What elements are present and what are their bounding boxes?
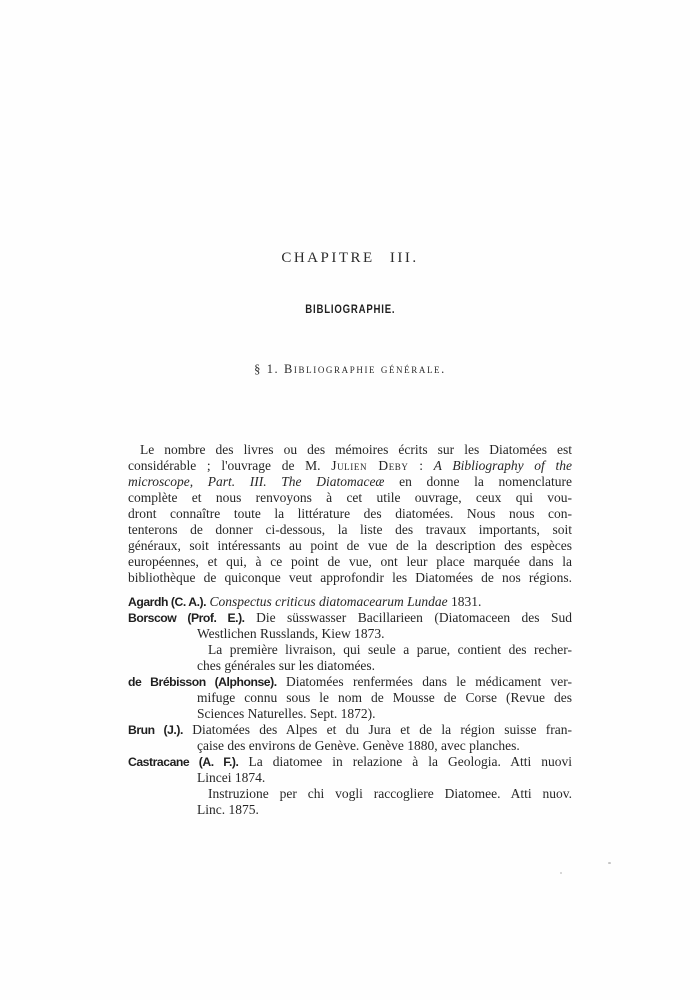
text-segment: considérable ; l'ouvrage de M. xyxy=(128,458,331,473)
text-segment: Castracane (A. F.). xyxy=(128,755,238,769)
text-segment: complète et nous renvoyons à cet utile o… xyxy=(128,490,572,505)
text-line: La première livraison, qui seule a parue… xyxy=(128,642,572,658)
text-line: ches générales sur les diatomées. xyxy=(128,658,572,674)
text-line: Lincei 1874. xyxy=(128,770,572,786)
text-segment: çaise des environs de Genève. Genève 188… xyxy=(197,738,520,753)
text-segment: Sciences Naturelles. Sept. 1872). xyxy=(197,706,375,721)
book-page: CHAPITRE III. BIBLIOGRAPHIE. § 1. Biblio… xyxy=(0,0,700,1000)
text-line: Brun (J.). Diatomées des Alpes et du Jur… xyxy=(128,722,572,738)
text-segment: en donne la nomenclature xyxy=(384,474,572,489)
text-segment: Brun (J.). xyxy=(128,723,183,737)
text-segment: bibliothèque de quiconque veut approfond… xyxy=(128,570,572,585)
text-line: complète et nous renvoyons à cet utile o… xyxy=(128,490,572,506)
text-segment: européennes, et qui, à ce point de vue, … xyxy=(128,554,572,569)
text-segment: Le nombre des livres ou des mémoires écr… xyxy=(140,442,572,457)
bibliography-list: Agardh (C. A.). Conspectus criticus diat… xyxy=(128,594,572,818)
text-segment: La première livraison, qui seule a parue… xyxy=(208,642,572,657)
text-line: généraux, soit intéressants au point de … xyxy=(128,538,572,554)
text-segment: Diatomées renfermées dans le médicament … xyxy=(277,674,572,689)
text-line: tenterons de donner ci-dessous, la liste… xyxy=(128,522,572,538)
text-line: Agardh (C. A.). Conspectus criticus diat… xyxy=(128,594,572,610)
text-line: Borscow (Prof. E.). Die süsswasser Bacil… xyxy=(128,610,572,626)
text-line: bibliothèque de quiconque veut approfond… xyxy=(128,570,572,586)
text-line: européennes, et qui, à ce point de vue, … xyxy=(128,554,572,570)
text-segment: Die süsswasser Bacillarieen (Diatomaceen… xyxy=(245,610,572,625)
text-line: de Brébisson (Alphonse). Diatomées renfe… xyxy=(128,674,572,690)
text-segment: Conspectus criticus diatomacearum Lundae xyxy=(209,594,447,609)
text-segment: dront connaître toute la littérature des… xyxy=(128,506,572,521)
text-line: microscope, Part. III. The Diatomaceæ en… xyxy=(128,474,572,490)
text-line: Castracane (A. F.). La diatomee in relaz… xyxy=(128,754,572,770)
text-line: Instruzione per chi vogli raccogliere Di… xyxy=(128,786,572,802)
text-line: Westlichen Russlands, Kiew 1873. xyxy=(128,626,572,642)
text-line: Sciences Naturelles. Sept. 1872). xyxy=(128,706,572,722)
intro-paragraph: Le nombre des livres ou des mémoires écr… xyxy=(128,442,572,586)
text-segment: Julien Deby xyxy=(331,458,408,473)
text-line: mifuge connu sous le nom de Mousse de Co… xyxy=(128,690,572,706)
text-segment: : xyxy=(409,458,434,473)
text-segment: Agardh (C. A.). xyxy=(128,595,206,609)
text-line: çaise des environs de Genève. Genève 188… xyxy=(128,738,572,754)
text-segment: Lincei 1874. xyxy=(197,770,265,785)
text-segment: Instruzione per chi vogli raccogliere Di… xyxy=(208,786,572,801)
text-segment: La diatomee in relazione à la Geologia. … xyxy=(238,754,572,769)
text-line: considérable ; l'ouvrage de M. Julien De… xyxy=(128,458,572,474)
scan-speck xyxy=(560,872,562,874)
text-segment: Linc. 1875. xyxy=(197,802,259,817)
subtitle-heading-wrap: BIBLIOGRAPHIE. xyxy=(128,302,572,316)
subtitle-heading: BIBLIOGRAPHIE. xyxy=(305,303,395,316)
text-segment: Diatomées des Alpes et du Jura et de la … xyxy=(183,722,572,737)
text-segment: tenterons de donner ci-dessous, la liste… xyxy=(128,522,572,537)
text-segment: généraux, soit intéressants au point de … xyxy=(128,538,572,553)
text-line: Linc. 1875. xyxy=(128,802,572,818)
text-line: dront connaître toute la littérature des… xyxy=(128,506,572,522)
section-heading: § 1. Bibliographie générale. xyxy=(128,363,572,376)
text-line: Le nombre des livres ou des mémoires écr… xyxy=(128,442,572,458)
text-segment: 1831. xyxy=(448,594,482,609)
text-segment: de Brébisson (Alphonse). xyxy=(128,675,277,689)
text-segment: Borscow (Prof. E.). xyxy=(128,611,245,625)
chapter-heading: CHAPITRE III. xyxy=(128,251,572,266)
text-segment: Westlichen Russlands, Kiew 1873. xyxy=(197,626,385,641)
text-segment: microscope, Part. III. The Diatomaceæ xyxy=(128,474,384,489)
text-segment: ches générales sur les diatomées. xyxy=(197,658,375,673)
text-segment: A Bibliography of the xyxy=(434,458,572,473)
text-segment: mifuge connu sous le nom de Mousse de Co… xyxy=(197,690,572,705)
scan-speck xyxy=(608,862,611,864)
